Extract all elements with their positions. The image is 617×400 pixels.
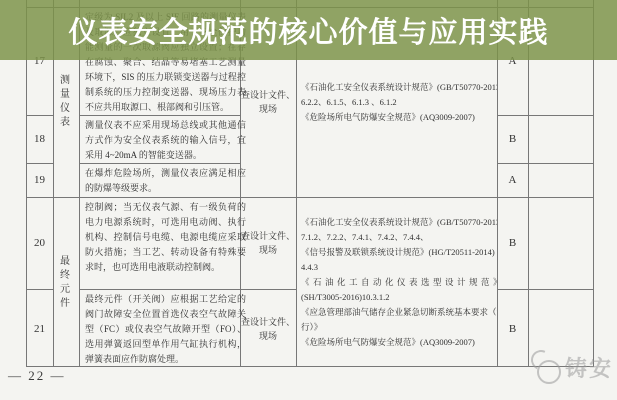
watermark-emblem-icon [531, 350, 561, 384]
document-page: 17 18 19 20 21 测量仪表 最终元件 定级为 SIL2 及以上 SI… [0, 0, 617, 400]
criteria-text: 最终元件（开关阀）应根据工艺给定的阀门故障安全位置首选仪表空气故障关型（FC）或… [79, 289, 251, 371]
watermark: 铸安 [531, 350, 613, 384]
reference-line: 7.1.2、7.2.2、7.4.1、7.4.2、7.4.4、 [296, 230, 497, 245]
banner: 仪表安全规范的核心价值与应用实践 [0, 0, 617, 60]
reference-line: 4.4.3 [296, 260, 497, 275]
reference-line: 《信号报警及联锁系统设计规范》(HG/T20511-2014) [296, 245, 497, 260]
reference-line: 《石油化工安全仪表系统设计规范》(GB/T50770-2013) [296, 80, 497, 95]
check-method-text: 查设计文件、现场 [240, 229, 296, 257]
reference-line: 《石油化工安全仪表系统设计规范》(GB/T50770-2013) [296, 215, 497, 230]
check-method-text: 查设计文件、现场 [240, 315, 296, 343]
check-method-cell: 查设计文件、现场 [240, 197, 296, 289]
reference-line: 《石油化工自动化仪表选型设计规范》 [296, 275, 497, 290]
watermark-text: 铸安 [565, 352, 613, 383]
category-text: 最终元件 [55, 255, 77, 311]
reference-line: 《危险场所电气防爆安全规范》(AQ3009-2007) [296, 335, 497, 350]
reference-line: 《应急管理部油气储存企业紧急切断系统基本要求（试 [296, 305, 497, 320]
reference-cell: 《石油化工安全仪表系统设计规范》(GB/T50770-2013) 7.1.2、7… [296, 197, 497, 368]
row-number: 20 [26, 197, 53, 289]
row-number: 19 [26, 163, 53, 197]
category-text: 测量仪表 [55, 74, 77, 130]
check-method-cell: 查设计文件、现场 [240, 289, 296, 368]
criteria-text: 控制阀；当无仪表气源、有一级负荷的电力电源系统时，可选用电动阀、执行机构、控制信… [79, 197, 251, 292]
category-label: 最终元件 [53, 197, 79, 368]
reference-line: (SH/T3005-2016)10.3.1.2 [296, 290, 497, 305]
grade-cell: B [497, 115, 528, 163]
row-number: 18 [26, 115, 53, 163]
reference-line: 行）》 [296, 320, 497, 335]
page-number: — 22 — [8, 368, 66, 384]
banner-title: 仪表安全规范的核心价值与应用实践 [68, 10, 548, 51]
grade-cell: B [497, 197, 528, 289]
reference-line: 6.2.2、6.1.5、6.1.3 、6.1.2 [296, 95, 497, 110]
grade-cell: B [497, 289, 528, 368]
criteria-text: 测量仪表不应采用现场总线或其他通信方式作为安全仪表系统的输入信号，宜采用 4~2… [79, 115, 251, 166]
criteria-text: 在爆炸危险场所，测量仪表应满足相应的防爆等级要求。 [79, 163, 251, 200]
row-number: 21 [26, 289, 53, 368]
check-method-text: 查设计文件、现场 [240, 88, 296, 116]
grade-cell: A [497, 163, 528, 197]
reference-line: 《危险场所电气防爆安全规范》(AQ3009-2007) [296, 110, 497, 125]
